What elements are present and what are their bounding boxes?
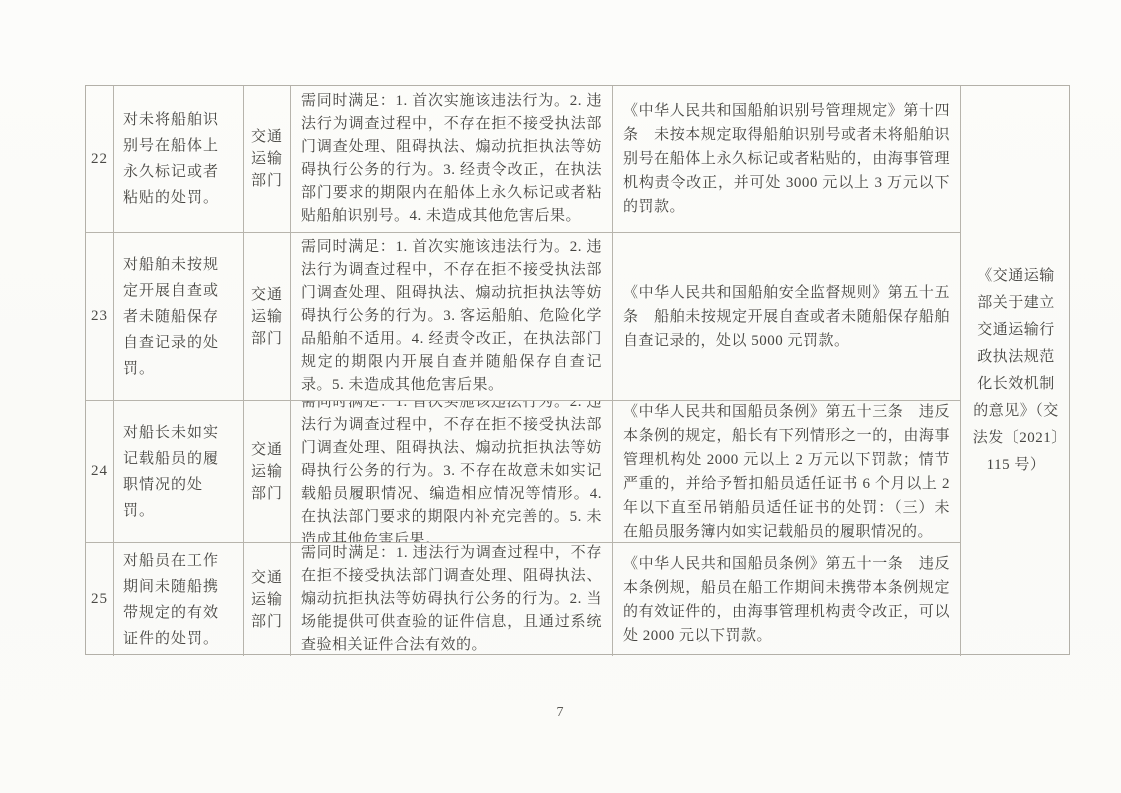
- department-text: 交通运输部门: [250, 126, 284, 192]
- penalty-item-cell: 对船员在工作期间未随船携带规定的有效证件的处罚。: [114, 543, 244, 656]
- legal-basis-cell: 《中华人民共和国船员条例》第五十一条 违反本条例规，船员在船工作期间未携带本条例…: [613, 543, 961, 656]
- legal-basis-text: 《中华人民共和国船舶安全监督规则》第五十五条 船舶未按规定开展自查或者未随船保存…: [623, 281, 950, 353]
- conditions-cell: 需同时满足：1. 首次实施该违法行为。2. 违法行为调查过程中，不存在拒不接受执…: [291, 233, 613, 401]
- legal-basis-text: 《中华人民共和国船员条例》第五十三条 违反本条例的规定，船长有下列情形之一的，由…: [623, 401, 950, 543]
- table-row-number: 24: [86, 401, 114, 543]
- conditions-text: 需同时满足：1. 违法行为调查过程中，不存在拒不接受执法部门调查处理、阻碍执法、…: [301, 543, 602, 656]
- row-number-value: 25: [91, 591, 108, 608]
- conditions-text: 需同时满足：1. 首次实施该违法行为。2. 违法行为调查过程中，不存在拒不接受执…: [301, 401, 602, 543]
- department-cell: 交通运输部门: [244, 86, 291, 233]
- department-cell: 交通运输部门: [244, 543, 291, 656]
- legal-basis-cell: 《中华人民共和国船舶安全监督规则》第五十五条 船舶未按规定开展自查或者未随船保存…: [613, 233, 961, 401]
- legal-basis-text: 《中华人民共和国船员条例》第五十一条 违反本条例规，船员在船工作期间未携带本条例…: [623, 552, 950, 648]
- row-number-value: 22: [91, 151, 108, 168]
- page-number: 7: [0, 705, 1121, 721]
- table-row-number: 25: [86, 543, 114, 656]
- penalty-item-text: 对船长未如实记载船员的履职情况的处罚。: [123, 420, 234, 524]
- department-cell: 交通运输部门: [244, 233, 291, 401]
- conditions-cell: 需同时满足：1. 首次实施该违法行为。2. 违法行为调查过程中，不存在拒不接受执…: [291, 86, 613, 233]
- penalty-item-cell: 对船长未如实记载船员的履职情况的处罚。: [114, 401, 244, 543]
- penalty-item-text: 对船员在工作期间未随船携带规定的有效证件的处罚。: [123, 548, 234, 652]
- department-text: 交通运输部门: [250, 567, 284, 633]
- conditions-cell: 需同时满足：1. 首次实施该违法行为。2. 违法行为调查过程中，不存在拒不接受执…: [291, 401, 613, 543]
- penalty-item-cell: 对船舶未按规定开展自查或者未随船保存自查记录的处罚。: [114, 233, 244, 401]
- department-text: 交通运输部门: [250, 284, 284, 350]
- row-number-value: 23: [91, 308, 108, 325]
- penalty-item-text: 对船舶未按规定开展自查或者未随船保存自查记录的处罚。: [123, 252, 234, 382]
- legal-basis-cell: 《中华人民共和国船舶识别号管理规定》第十四条 未按本规定取得船舶识别号或者未将船…: [613, 86, 961, 233]
- department-text: 交通运输部门: [250, 439, 284, 505]
- penalty-item-cell: 对未将船舶识别号在船体上永久标记或者粘贴的处罚。: [114, 86, 244, 233]
- legal-basis-cell: 《中华人民共和国船员条例》第五十三条 违反本条例的规定，船长有下列情形之一的，由…: [613, 401, 961, 543]
- legal-basis-text: 《中华人民共和国船舶识别号管理规定》第十四条 未按本规定取得船舶识别号或者未将船…: [623, 99, 950, 219]
- row-number-value: 24: [91, 463, 108, 480]
- remark-text: 《交通运输部关于建立交通运输行政执法规范化长效机制的意见》（交法发〔2021〕1…: [961, 263, 1071, 479]
- conditions-text: 需同时满足：1. 首次实施该违法行为。2. 违法行为调查过程中，不存在拒不接受执…: [301, 236, 602, 397]
- table-row-number: 22: [86, 86, 114, 233]
- penalty-item-text: 对未将船舶识别号在船体上永久标记或者粘贴的处罚。: [123, 107, 234, 211]
- penalty-rules-table: 22 对未将船舶识别号在船体上永久标记或者粘贴的处罚。 交通运输部门 需同时满足…: [85, 85, 1070, 655]
- remark-merged-cell: 《交通运输部关于建立交通运输行政执法规范化长效机制的意见》（交法发〔2021〕1…: [961, 86, 1071, 656]
- department-cell: 交通运输部门: [244, 401, 291, 543]
- table-row-number: 23: [86, 233, 114, 401]
- conditions-text: 需同时满足：1. 首次实施该违法行为。2. 违法行为调查过程中，不存在拒不接受执…: [301, 90, 602, 228]
- scanned-document-page: 22 对未将船舶识别号在船体上永久标记或者粘贴的处罚。 交通运输部门 需同时满足…: [0, 0, 1121, 793]
- conditions-cell: 需同时满足：1. 违法行为调查过程中，不存在拒不接受执法部门调查处理、阻碍执法、…: [291, 543, 613, 656]
